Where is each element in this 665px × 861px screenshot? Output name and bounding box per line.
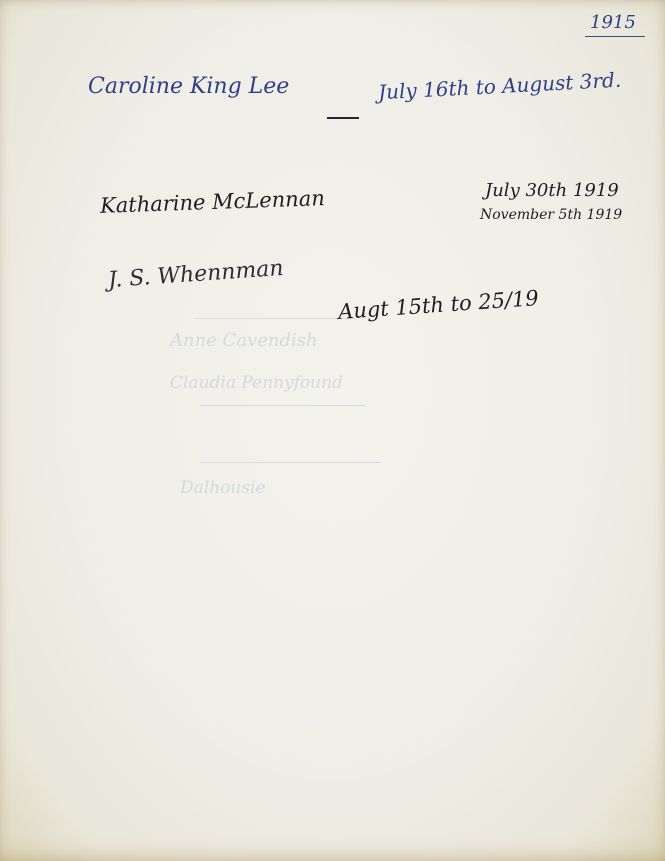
show-through-rule xyxy=(200,462,380,463)
show-through-text: Anne Cavendish xyxy=(170,330,318,351)
show-through-text: Dalhousie xyxy=(180,478,266,498)
show-through-text: Claudia Pennyfound xyxy=(170,373,343,393)
stay-dates: July 30th 1919 xyxy=(485,180,619,201)
register-page: Anne Cavendish Claudia Pennyfound Dalhou… xyxy=(0,0,665,861)
stay-dates-line2: November 5th 1919 xyxy=(480,207,622,223)
stay-dates: Augt 15th to 25/19 xyxy=(337,286,539,324)
entry-separator xyxy=(327,117,359,119)
show-through-rule xyxy=(195,318,355,319)
guest-name: J. S. Whennman xyxy=(107,256,284,293)
year-heading: 1915 xyxy=(590,12,636,33)
year-underline xyxy=(585,36,645,37)
show-through-rule xyxy=(200,405,365,406)
guest-name: Katharine McLennan xyxy=(100,186,326,218)
guest-name: Caroline King Lee xyxy=(88,74,289,99)
stay-dates: July 16th to August 3rd. xyxy=(378,68,622,105)
